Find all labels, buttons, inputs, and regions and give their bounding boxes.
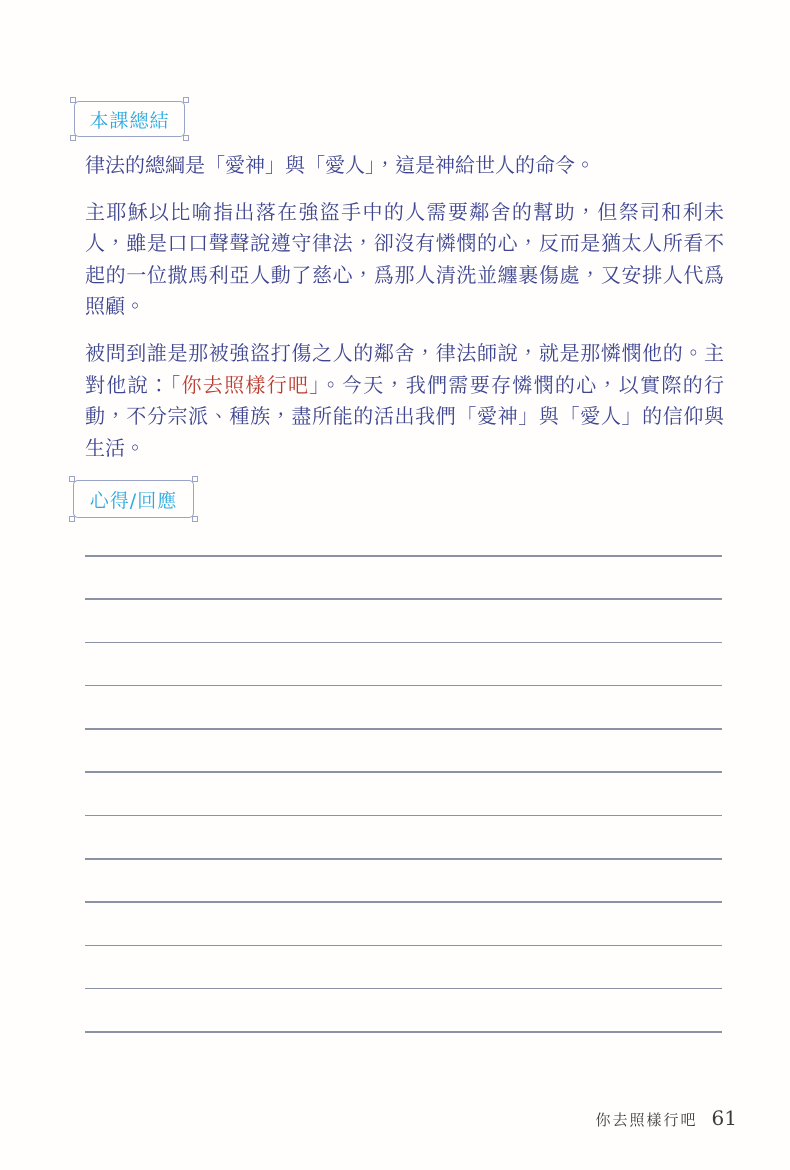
summary-heading: 本課總結 — [89, 106, 169, 133]
writing-line — [85, 901, 722, 903]
writing-line — [85, 598, 722, 600]
writing-line — [85, 771, 722, 773]
writing-line — [85, 858, 722, 860]
corner-ornament — [70, 97, 76, 103]
response-heading: 心得/回應 — [90, 486, 177, 513]
text-segment: 律法的總綱是「愛神」與「愛人」，這是神給世人的命令。 — [85, 153, 595, 177]
corner-ornament — [192, 476, 198, 482]
footer-page-number: 61 — [712, 1106, 737, 1130]
summary-paragraph: 主耶穌以比喻指出落在強盜手中的人需要鄰舍的幫助，但祭司和利未人，雖是口口聲聲說遵… — [85, 197, 724, 323]
writing-line — [85, 1031, 722, 1033]
writing-lines-area — [85, 555, 722, 1074]
page-footer: 你去照樣行吧 61 — [596, 1106, 737, 1130]
corner-ornament — [183, 135, 189, 141]
corner-ornament — [69, 516, 75, 522]
corner-ornament — [70, 135, 76, 141]
corner-ornament — [192, 516, 198, 522]
summary-body: 律法的總綱是「愛神」與「愛人」，這是神給世人的命令。 主耶穌以比喻指出落在強盜手… — [85, 150, 724, 479]
writing-line — [85, 945, 722, 947]
footer-chapter-title: 你去照樣行吧 — [596, 1109, 698, 1130]
writing-line — [85, 555, 722, 557]
summary-paragraph: 被問到誰是那被強盜打傷之人的鄰舍，律法師說，就是那憐憫他的。主對他說：「你去照樣… — [85, 338, 724, 464]
highlight-phrase: 你去照樣行吧 — [182, 373, 310, 397]
workbook-page: 本課總結 律法的總綱是「愛神」與「愛人」，這是神給世人的命令。 主耶穌以比喻指出… — [0, 0, 790, 1170]
writing-line — [85, 815, 722, 817]
response-heading-box: 心得/回應 — [73, 480, 194, 518]
text-segment: 主耶穌以比喻指出落在強盜手中的人需要鄰舍的幫助，但祭司和利未人，雖是口口聲聲說遵… — [85, 200, 724, 319]
summary-heading-box: 本課總結 — [74, 101, 185, 137]
writing-line — [85, 988, 722, 990]
writing-line — [85, 728, 722, 730]
corner-ornament — [69, 476, 75, 482]
writing-line — [85, 642, 722, 644]
summary-paragraph: 律法的總綱是「愛神」與「愛人」，這是神給世人的命令。 — [85, 150, 724, 182]
writing-line — [85, 685, 722, 687]
corner-ornament — [183, 97, 189, 103]
